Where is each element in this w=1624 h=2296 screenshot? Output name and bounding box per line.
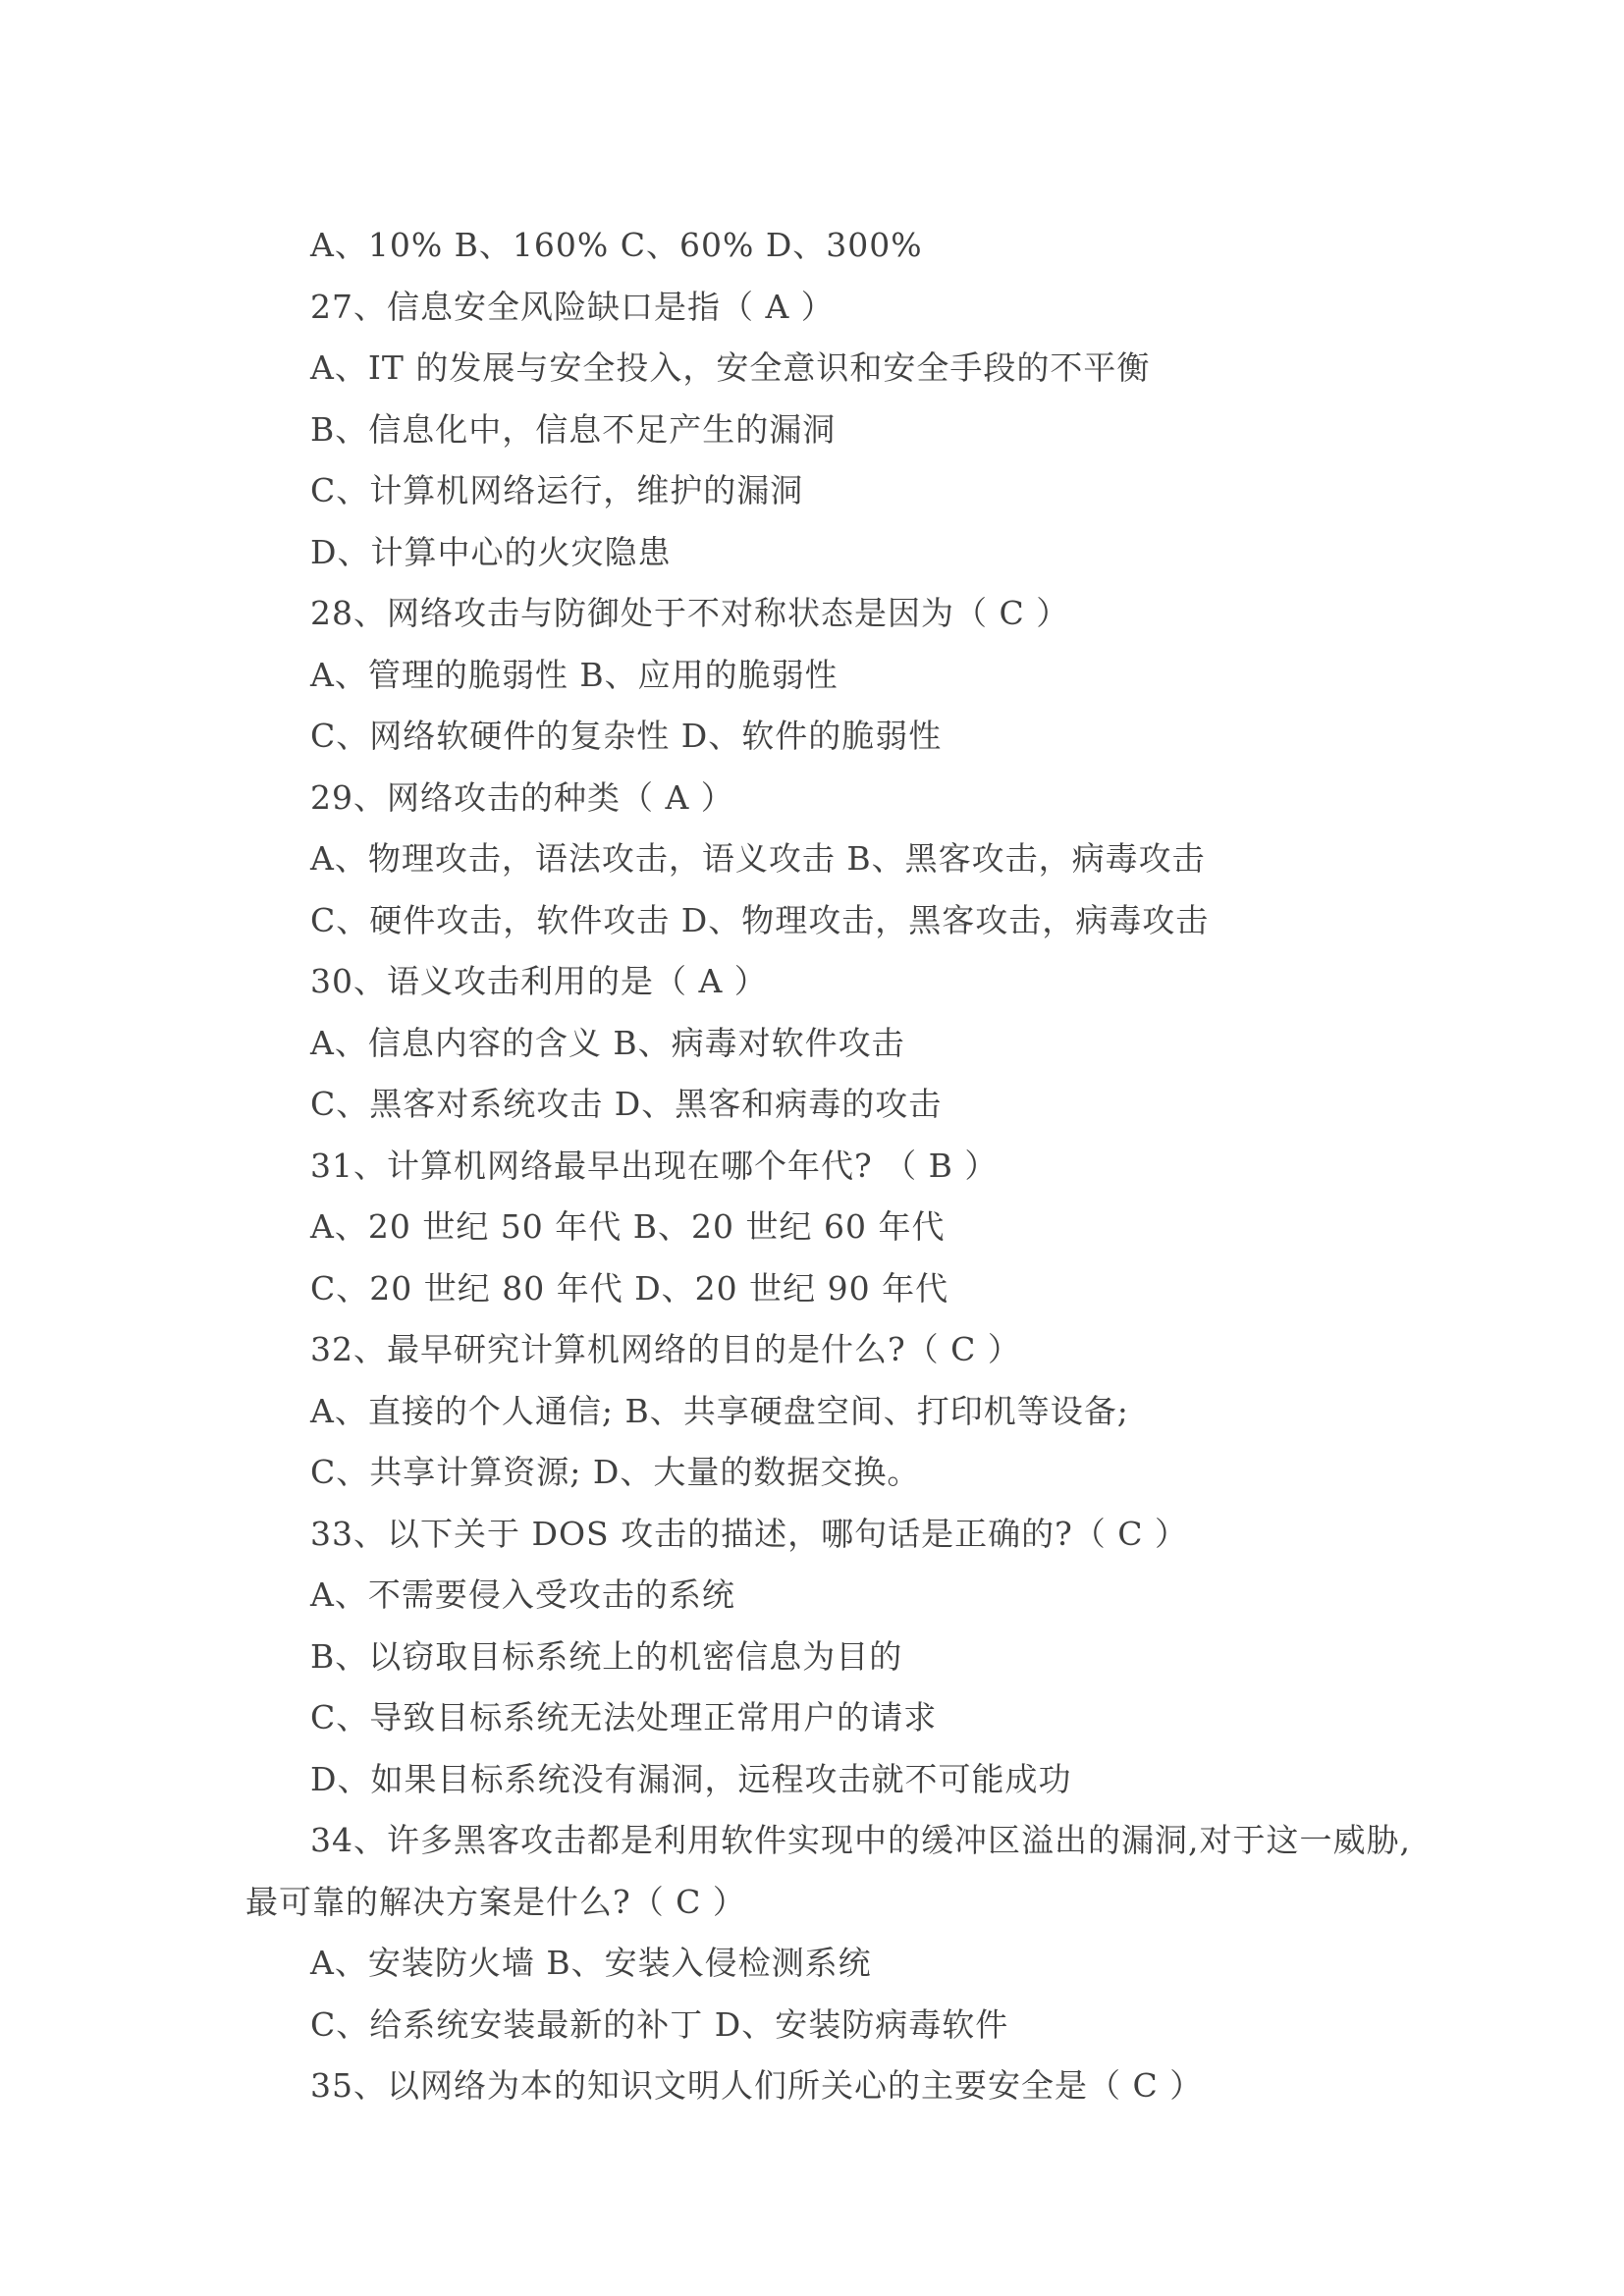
question-list: A、10% B、160% C、60% D、300% 27、信息安全风险缺口是指（… [245,215,1463,2117]
option-line: A、安装防火墙 B、安装入侵检测系统 [245,1933,1463,1995]
option-line: A、直接的个人通信; B、共享硬盘空间、打印机等设备; [245,1381,1463,1443]
question-28: 28、网络攻击与防御处于不对称状态是因为（ C ） [245,583,1463,645]
option-line: C、20 世纪 80 年代 D、20 世纪 90 年代 [245,1258,1463,1320]
option-line: A、不需要侵入受攻击的系统 [245,1565,1463,1627]
option-line: D、计算中心的火灾隐患 [245,522,1463,584]
question-32: 32、最早研究计算机网络的目的是什么?（ C ） [245,1319,1463,1381]
option-line: C、导致目标系统无法处理正常用户的请求 [245,1687,1463,1749]
question-31: 31、计算机网络最早出现在哪个年代? （ B ） [245,1136,1463,1198]
document-page: A、10% B、160% C、60% D、300% 27、信息安全风险缺口是指（… [0,0,1624,2296]
question-30: 30、语义攻击利用的是（ A ） [245,951,1463,1013]
option-line: C、硬件攻击，软件攻击 D、物理攻击，黑客攻击，病毒攻击 [245,890,1463,952]
option-line: D、如果目标系统没有漏洞，远程攻击就不可能成功 [245,1749,1463,1811]
option-line: A、物理攻击，语法攻击，语义攻击 B、黑客攻击，病毒攻击 [245,828,1463,890]
option-line: C、给系统安装最新的补丁 D、安装防病毒软件 [245,1995,1463,2056]
question-35: 35、以网络为本的知识文明人们所关心的主要安全是（ C ） [245,2056,1463,2117]
option-line: A、20 世纪 50 年代 B、20 世纪 60 年代 [245,1197,1463,1258]
option-line: C、计算机网络运行，维护的漏洞 [245,460,1463,522]
option-line: A、IT 的发展与安全投入，安全意识和安全手段的不平衡 [245,338,1463,400]
option-line: C、网络软硬件的复杂性 D、软件的脆弱性 [245,706,1463,768]
option-line: A、信息内容的含义 B、病毒对软件攻击 [245,1013,1463,1075]
question-34: 34、许多黑客攻击都是利用软件实现中的缓冲区溢出的漏洞,对于这一威胁, [245,1810,1463,1872]
option-line: A、管理的脆弱性 B、应用的脆弱性 [245,645,1463,707]
option-line: B、信息化中，信息不足产生的漏洞 [245,400,1463,461]
question-34-continuation: 最可靠的解决方案是什么?（ C ） [245,1872,1463,1934]
option-line: A、10% B、160% C、60% D、300% [245,215,1463,277]
option-line: C、共享计算资源; D、大量的数据交换。 [245,1442,1463,1504]
question-29: 29、网络攻击的种类（ A ） [245,768,1463,829]
option-line: C、黑客对系统攻击 D、黑客和病毒的攻击 [245,1074,1463,1136]
question-27: 27、信息安全风险缺口是指（ A ） [245,277,1463,339]
question-33: 33、以下关于 DOS 攻击的描述，哪句话是正确的?（ C ） [245,1504,1463,1566]
option-line: B、以窃取目标系统上的机密信息为目的 [245,1627,1463,1688]
